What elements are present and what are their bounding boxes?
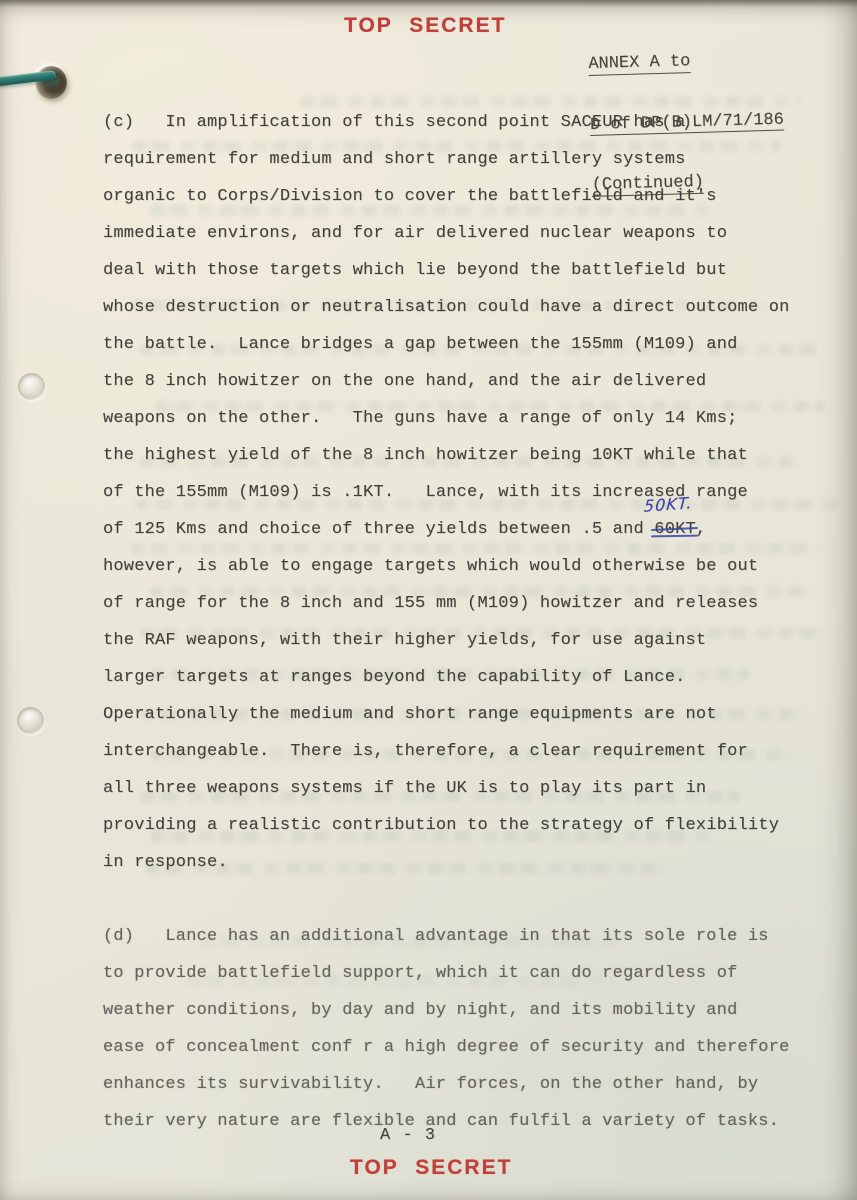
paragraph-c: (c) In amplification of this second poin… [103, 104, 833, 881]
typed-line: immediate environs, and for air delivere… [103, 215, 833, 252]
typed-line: enhances its survivability. Air forces, … [103, 1066, 833, 1103]
typed-line: whose destruction or neutralisation coul… [103, 289, 833, 326]
typed-line: organic to Corps/Division to cover the b… [103, 178, 833, 215]
typed-line: of range for the 8 inch and 155 mm (M109… [103, 585, 833, 622]
typed-line: Operationally the medium and short range… [103, 696, 833, 733]
classification-stamp-bottom: TOP SECRET [350, 1156, 512, 1180]
typed-line: all three weapons systems if the UK is t… [103, 770, 833, 807]
typed-line: the battle. Lance bridges a gap between … [103, 326, 833, 363]
typed-line: requirement for medium and short range a… [103, 141, 833, 178]
annex-line-1: ANNEX A to [588, 52, 691, 75]
amended-line-prefix: of 125 Kms and choice of three yields be… [103, 520, 654, 539]
typed-line: (c) In amplification of this second poin… [103, 104, 833, 141]
punch-hole [17, 707, 44, 734]
typed-line: weather conditions, by day and by night,… [103, 992, 833, 1029]
struck-yield-value: 50KT.60KT [654, 511, 696, 548]
typed-line: interchangeable. There is, therefore, a … [103, 733, 833, 770]
typed-line: the 8 inch howitzer on the one hand, and… [103, 363, 833, 400]
paragraph-d: (d) Lance has an additional advantage in… [103, 918, 833, 1140]
typed-line: weapons on the other. The guns have a ra… [103, 400, 833, 437]
typed-line: their very nature are flexible and can f… [103, 1103, 833, 1140]
typed-line: of the 155mm (M109) is .1KT. Lance, with… [103, 474, 833, 511]
paragraph-gap [103, 881, 833, 918]
scan-edge-shadow [0, 0, 857, 7]
typed-line: to provide battlefield support, which it… [103, 955, 833, 992]
typed-line: providing a realistic contribution to th… [103, 807, 833, 844]
typed-line: the highest yield of the 8 inch howitzer… [103, 437, 833, 474]
document-body: (c) In amplification of this second poin… [103, 104, 833, 1140]
page-number: A - 3 [380, 1126, 436, 1145]
typed-line: the RAF weapons, with their higher yield… [103, 622, 833, 659]
classification-stamp-top: TOP SECRET [344, 14, 506, 38]
typed-line: (d) Lance has an additional advantage in… [103, 918, 833, 955]
handwritten-correction: 50KT. [643, 484, 694, 525]
typed-line: in response. [103, 844, 833, 881]
punch-hole [18, 373, 45, 400]
typed-line: deal with those targets which lie beyond… [103, 252, 833, 289]
document-page: TOP SECRET ANNEX A to D of DP(B)LM/71/18… [0, 0, 857, 1200]
amended-line: of 125 Kms and choice of three yields be… [103, 511, 833, 548]
typed-line: however, is able to engage targets which… [103, 548, 833, 585]
typed-line: ease of concealment conf r a high degree… [103, 1029, 833, 1066]
typed-line: larger targets at ranges beyond the capa… [103, 659, 833, 696]
